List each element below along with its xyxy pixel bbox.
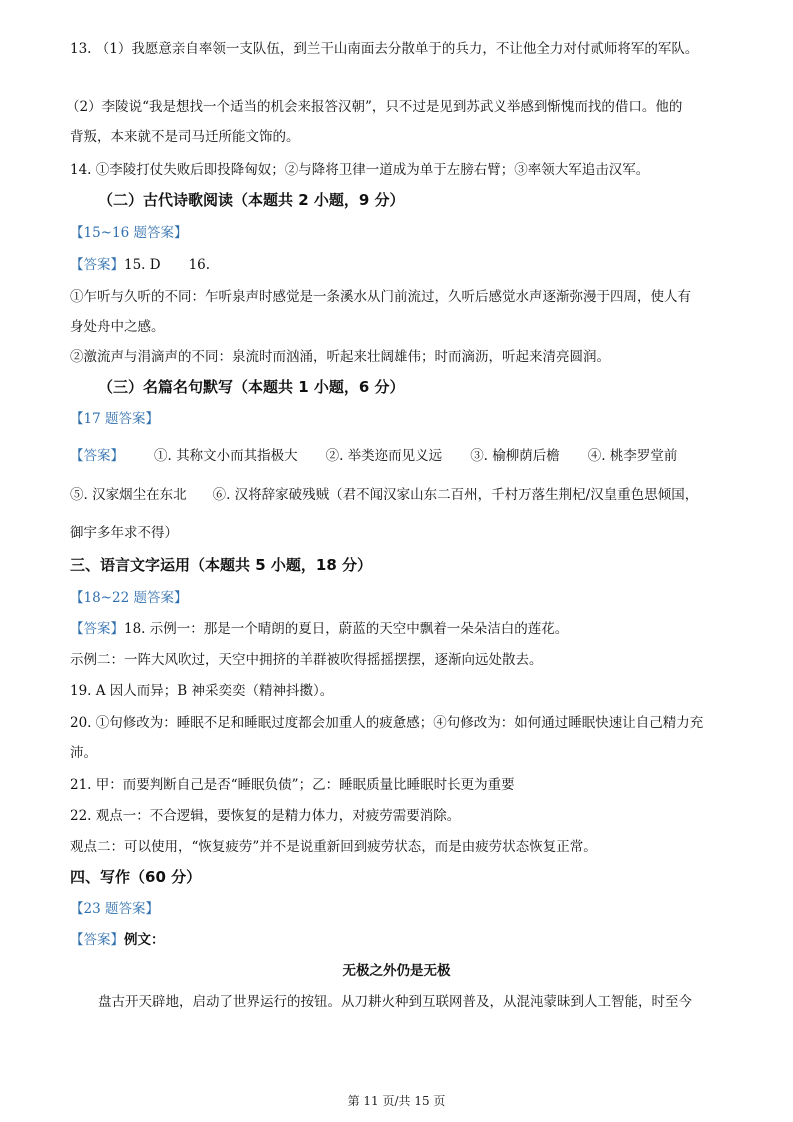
answer-21: 21. 甲：而要判断自己是否“睡眠负债”；乙：睡眠质量比睡眠时长更为重要: [70, 776, 725, 794]
answer-16-point1-line1: ①乍听与久听的不同：乍听泉声时感觉是一条溪水从门前流过，久听后感觉水声逐渐弥漫于…: [70, 288, 725, 306]
recitation-item-2: ②. 举类迩而见义远: [326, 448, 443, 464]
recitation-item-1: ①. 其称文小而其指极大: [154, 448, 298, 464]
answer-16-point1-line2: 身处舟中之感。: [70, 318, 725, 336]
answer-tag-23: 【23 题答案】: [70, 900, 725, 918]
q13-answer-line-3: 背叛，本来就不是司马迁所能文饰的。: [70, 128, 725, 146]
essay-title: 无极之外仍是无极: [0, 962, 793, 980]
answer-tag-18-22: 【18~22 题答案】: [70, 589, 725, 607]
answer-18-example-2: 示例二：一阵大风吹过，天空中拥挤的羊群被吹得摇摇摆摆，逐渐向远处散去。: [70, 651, 725, 669]
answer-23-row: 【答案】例文：: [70, 931, 725, 949]
answer-label: 【答案】: [70, 257, 124, 273]
recitation-item-3: ③. 榆柳荫后檐: [470, 448, 560, 464]
recitation-item-5: ⑤. 汉家烟尘在东北: [70, 487, 187, 503]
section-heading-poetry: （二）古代诗歌阅读（本题共 2 小题，9 分）: [98, 191, 753, 209]
answer-tag-17: 【17 题答案】: [70, 410, 725, 428]
answer-22-view1: 22. 观点一：不合逻辑，要恢复的是精力体力，对疲劳需要消除。: [70, 807, 725, 825]
section-heading-language: 三、语言文字运用（本题共 5 小题，18 分）: [70, 556, 725, 574]
answer-label: 【答案】: [70, 448, 124, 464]
answer-15: 15. D: [124, 257, 161, 273]
document-page: 13. （1）我愿意亲自率领一支队伍，到兰干山南面去分散单于的兵力，不让他全力对…: [0, 0, 793, 1122]
section-heading-writing: 四、写作（60 分）: [70, 868, 725, 886]
answer-label: 【答案】: [70, 932, 124, 948]
answer-15-16-row: 【答案】15. D16.: [70, 256, 725, 274]
q14-answer: 14. ①李陵打仗失败后即投降匈奴；②与降将卫律一道成为单于左膀右臂；③率领大军…: [70, 161, 725, 179]
answer-label: 【答案】: [70, 621, 124, 637]
answer-tag-15-16: 【15~16 题答案】: [70, 224, 725, 242]
answer-22-view2: 观点二：可以使用，“恢复疲劳”并不是说重新回到疲劳状态，而是由疲劳状态恢复正常。: [70, 838, 725, 856]
section-heading-recitation: （三）名篇名句默写（本题共 1 小题，6 分）: [98, 378, 753, 396]
q13-answer-line-2: （2）李陵说“我是想找一个适当的机会来报答汉朝”，只不过是见到苏武义举感到惭愧而…: [66, 98, 721, 116]
recitation-item-6-continued: 御宇多年求不得）: [70, 524, 725, 542]
answer-19: 19. A 因人而异；B 神采奕奕（精神抖擞）。: [70, 682, 725, 700]
answer-23-example-label: 例文：: [124, 932, 165, 948]
q13-answer-line-1: 13. （1）我愿意亲自率领一支队伍，到兰干山南面去分散单于的兵力，不让他全力对…: [70, 40, 725, 58]
page-number-footer: 第 11 页/共 15 页: [0, 1092, 793, 1109]
answer-20-line2: 沛。: [70, 744, 725, 762]
answer-17-row-1: 【答案】①. 其称文小而其指极大②. 举类迩而见义远③. 榆柳荫后檐④. 桃李罗…: [70, 447, 725, 465]
answer-20-line1: 20. ①句修改为：睡眠不足和睡眠过度都会加重人的疲惫感；④句修改为：如何通过睡…: [70, 714, 725, 732]
answer-16-point2: ②激流声与涓滴声的不同：泉流时而汹涌，听起来壮阔雄伟；时而滴沥，听起来清亮圆润。: [70, 348, 725, 366]
answer-18-row: 【答案】18. 示例一：那是一个晴朗的夏日，蔚蓝的天空中飘着一朵朵洁白的莲花。: [70, 620, 725, 638]
answer-17-row-2: ⑤. 汉家烟尘在东北⑥. 汉将辞家破残贼（君不闻汉家山东二百州，千村万落生荆杞/…: [70, 486, 725, 504]
essay-paragraph-line1: 盘古开天辟地，启动了世界运行的按钮。从刀耕火种到互联网普及，从混沌蒙昧到人工智能…: [98, 993, 728, 1011]
recitation-item-4: ④. 桃李罗堂前: [588, 448, 678, 464]
recitation-item-6: ⑥. 汉将辞家破残贼（君不闻汉家山东二百州，千村万落生荆杞/汉皇重色思倾国，: [213, 487, 699, 503]
answer-18-example-1: 18. 示例一：那是一个晴朗的夏日，蔚蓝的天空中飘着一朵朵洁白的莲花。: [124, 621, 568, 637]
answer-16-number: 16.: [189, 257, 210, 273]
